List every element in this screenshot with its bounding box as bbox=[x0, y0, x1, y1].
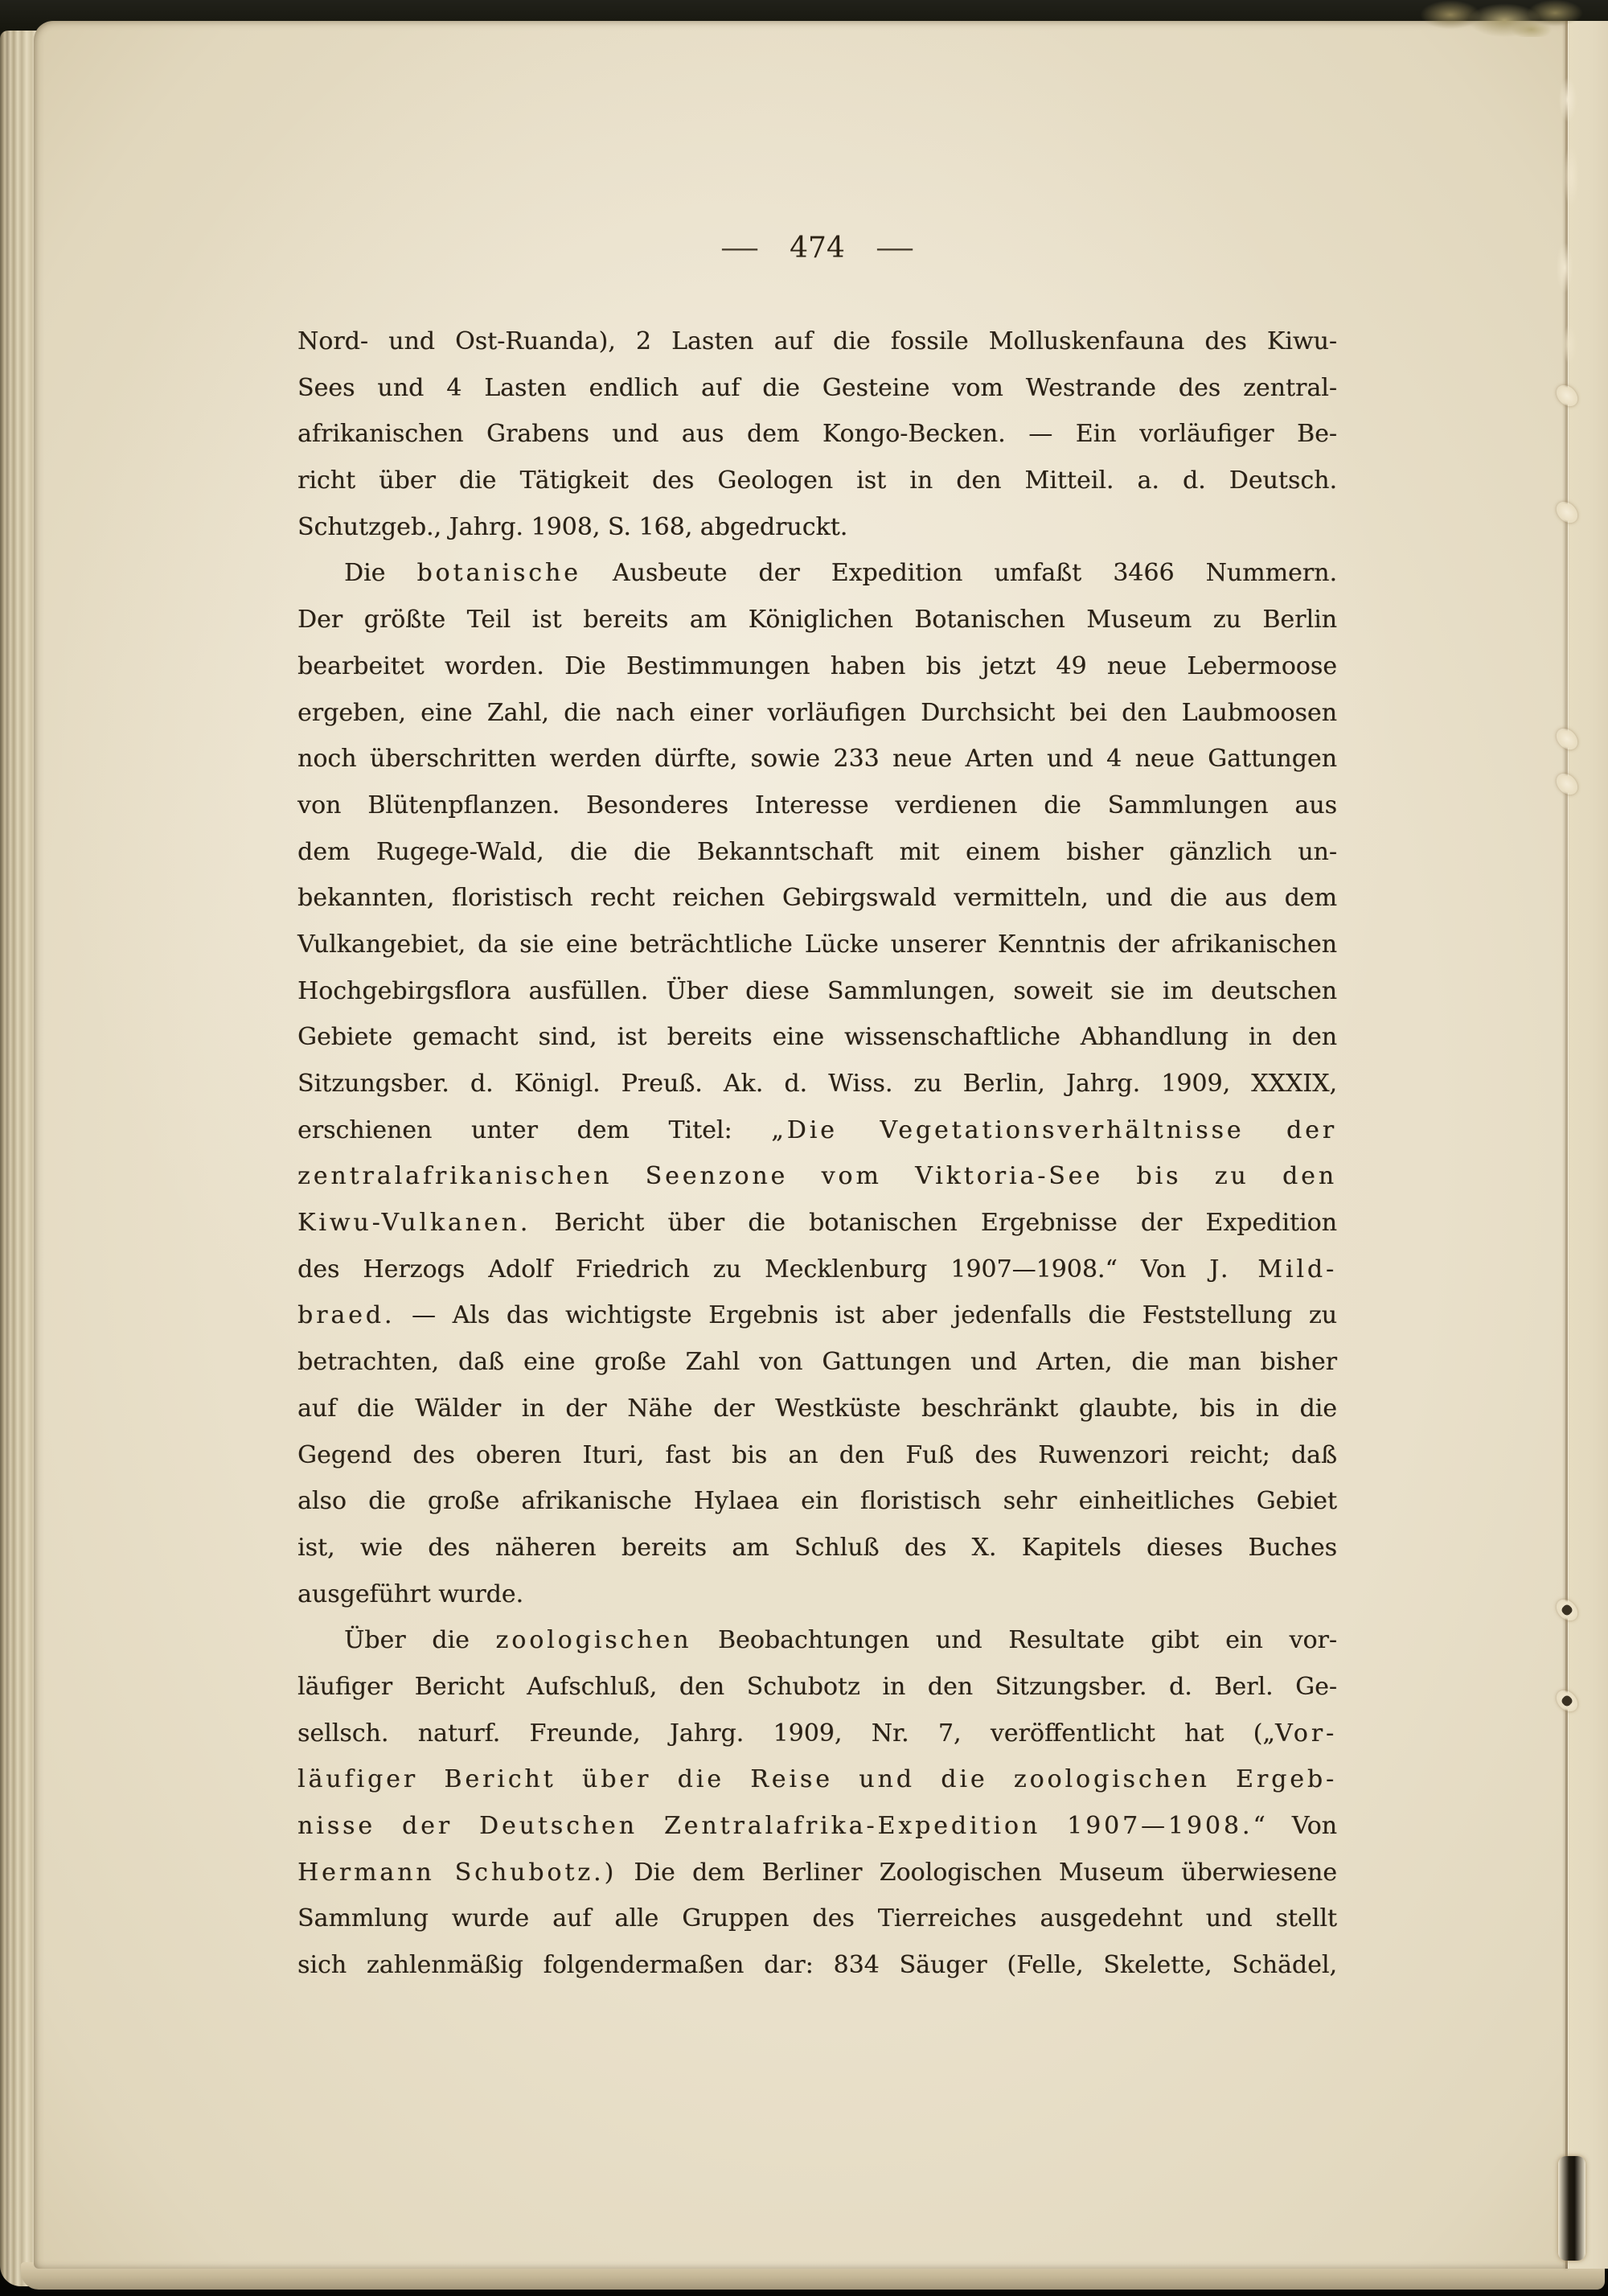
header-rule-left: — bbox=[720, 232, 760, 265]
text-line: afrikanischen Grabens und aus dem Kongo-… bbox=[297, 411, 1337, 458]
text-segment: Schutzgeb., Jahrg. 1908, S. 168, abgedru… bbox=[297, 513, 847, 541]
text-line: läufiger Bericht Aufschluß, den Schubotz… bbox=[297, 1664, 1337, 1711]
header-rule-right: — bbox=[876, 232, 915, 265]
text-line: sich zahlenmäßig folgendermaßen dar: 834… bbox=[297, 1942, 1337, 1989]
text-segment: betrachten, daß eine große Zahl von Gatt… bbox=[297, 1348, 1337, 1376]
text-segment: afrikanischen Grabens und aus dem Kongo-… bbox=[297, 420, 1337, 448]
text-segment: Über die bbox=[344, 1626, 496, 1654]
text-segment: auf die Wälder in der Nähe der Westküste… bbox=[297, 1394, 1337, 1423]
page-header: — 474 — bbox=[297, 227, 1337, 269]
text-line: ergeben, eine Zahl, die nach einer vorlä… bbox=[297, 690, 1337, 737]
text-line: Hochgebirgsflora ausfüllen. Über diese S… bbox=[297, 968, 1337, 1015]
text-segment: Nord- und Ost-Ruanda), 2 Lasten auf die … bbox=[297, 327, 1337, 355]
body-text-block: Nord- und Ost-Ruanda), 2 Lasten auf die … bbox=[297, 318, 1337, 1989]
text-line: nisse der Deutschen Zentralafrika-Expedi… bbox=[297, 1803, 1337, 1850]
text-segment: sich zahlenmäßig folgendermaßen dar: 834… bbox=[297, 1951, 1337, 1979]
text-segment: erschienen unter dem Titel: bbox=[297, 1116, 771, 1144]
text-segment: Hochgebirgsflora ausfüllen. Über diese S… bbox=[297, 977, 1337, 1005]
text-segment: läufiger Bericht Aufschluß, den Schubotz… bbox=[297, 1673, 1337, 1701]
text-line: noch überschritten werden dürfte, sowie … bbox=[297, 736, 1337, 782]
text-line: Gebiete gemacht sind, ist bereits eine w… bbox=[297, 1014, 1337, 1061]
text-segment: Beobachtungen und Resultate gibt ein vor… bbox=[691, 1626, 1337, 1654]
book-page-edges-left bbox=[0, 31, 37, 2286]
text-segment: Der größte Teil ist bereits am Königlich… bbox=[297, 606, 1337, 634]
text-segment: bekannten, floristisch recht reichen Geb… bbox=[297, 884, 1337, 912]
text-line: also die große afrikanische Hylaea ein f… bbox=[297, 1478, 1337, 1525]
text-segment: dem Rugege-Wald, die die Bekanntschaft m… bbox=[297, 838, 1337, 866]
text-line: Schutzgeb., Jahrg. 1908, S. 168, abgedru… bbox=[297, 504, 1337, 551]
text-segment: Gegend des oberen Ituri, fast bis an den… bbox=[297, 1441, 1337, 1469]
text-segment: des Herzogs Adolf Friedrich zu Mecklenbu… bbox=[297, 1255, 1209, 1284]
letterspaced-text: Vor- bbox=[1275, 1719, 1337, 1748]
text-segment: Bericht über die botanischen Ergebnisse … bbox=[531, 1209, 1337, 1237]
text-line: Die botanische Ausbeute der Expedition u… bbox=[297, 550, 1337, 597]
text-line: zentralafrikanischen Seenzone vom Viktor… bbox=[297, 1153, 1337, 1200]
text-line: dem Rugege-Wald, die die Bekanntschaft m… bbox=[297, 829, 1337, 876]
text-segment: sellsch. naturf. Freunde, Jahrg. 1909, N… bbox=[297, 1719, 1275, 1748]
letterspaced-text: braed. bbox=[297, 1301, 395, 1329]
page-number: 474 bbox=[790, 232, 845, 265]
text-segment: Sitzungsber. d. Königl. Preuß. Ak. d. Wi… bbox=[297, 1070, 1337, 1098]
letterspaced-text: zentralafrikanischen Seenzone vom Viktor… bbox=[297, 1162, 1337, 1190]
text-segment: bearbeitet worden. Die Bestimmungen habe… bbox=[297, 652, 1337, 680]
book-page: — 474 — Nord- und Ost-Ruanda), 2 Lasten … bbox=[34, 21, 1608, 2269]
text-segment: ist, wie des näheren bereits am Schluß d… bbox=[297, 1534, 1337, 1562]
frayed-crease-area bbox=[1552, 69, 1584, 375]
letterspaced-text: Kiwu-Vulkanen. bbox=[297, 1209, 531, 1237]
letterspaced-text: läufiger Bericht über die Reise und die … bbox=[297, 1765, 1337, 1793]
text-segment: Gebiete gemacht sind, ist bereits eine w… bbox=[297, 1023, 1337, 1051]
text-line: auf die Wälder in der Nähe der Westküste… bbox=[297, 1386, 1337, 1432]
text-line: bearbeitet worden. Die Bestimmungen habe… bbox=[297, 643, 1337, 690]
letterspaced-text: Hermann Schubotz.) bbox=[297, 1859, 617, 1887]
letterspaced-text: „Die Vegetationsverhältnisse der bbox=[771, 1116, 1337, 1144]
text-line: richt über die Tätigkeit des Geologen is… bbox=[297, 458, 1337, 504]
text-line: Kiwu-Vulkanen. Bericht über die botanisc… bbox=[297, 1200, 1337, 1247]
text-line: braed. — Als das wichtigste Ergebnis ist… bbox=[297, 1292, 1337, 1339]
text-segment: Von bbox=[1269, 1812, 1337, 1840]
text-segment: also die große afrikanische Hylaea ein f… bbox=[297, 1487, 1337, 1515]
text-segment: ausgeführt wurde. bbox=[297, 1580, 523, 1608]
text-line: Sitzungsber. d. Königl. Preuß. Ak. d. Wi… bbox=[297, 1061, 1337, 1107]
frayed-paper-scraps-top bbox=[1417, 0, 1585, 37]
text-line: Vulkangebiet, da sie eine beträchtliche … bbox=[297, 922, 1337, 968]
letterspaced-text: zoologischen bbox=[496, 1626, 692, 1654]
text-segment: Ausbeute der Expedition umfaßt 3466 Numm… bbox=[581, 559, 1337, 587]
text-segment: Sees und 4 Lasten endlich auf die Gestei… bbox=[297, 374, 1337, 402]
letterspaced-text: J. Mild- bbox=[1209, 1255, 1337, 1284]
text-line: Nord- und Ost-Ruanda), 2 Lasten auf die … bbox=[297, 318, 1337, 365]
text-segment: Vulkangebiet, da sie eine beträchtliche … bbox=[297, 930, 1337, 959]
letterspaced-text: botanische bbox=[416, 559, 580, 587]
tear-mark bbox=[1558, 2156, 1585, 2261]
text-line: Gegend des oberen Ituri, fast bis an den… bbox=[297, 1432, 1337, 1479]
text-segment: Die dem Berliner Zoologischen Museum übe… bbox=[617, 1859, 1337, 1887]
text-line: Über die zoologischen Beobachtungen und … bbox=[297, 1617, 1337, 1664]
text-line: erschienen unter dem Titel: „Die Vegetat… bbox=[297, 1107, 1337, 1154]
text-line: ist, wie des näheren bereits am Schluß d… bbox=[297, 1525, 1337, 1571]
text-segment: noch überschritten werden dürfte, sowie … bbox=[297, 745, 1337, 773]
text-line: läufiger Bericht über die Reise und die … bbox=[297, 1756, 1337, 1803]
text-segment: — Als das wichtigste Ergebnis ist aber j… bbox=[395, 1301, 1337, 1329]
text-line: Sees und 4 Lasten endlich auf die Gestei… bbox=[297, 365, 1337, 412]
text-line: von Blütenpflanzen. Besonderes Interesse… bbox=[297, 782, 1337, 829]
text-line: Hermann Schubotz.) Die dem Berliner Zool… bbox=[297, 1850, 1337, 1896]
text-line: Der größte Teil ist bereits am Königlich… bbox=[297, 597, 1337, 643]
text-segment: Sammlung wurde auf alle Gruppen des Tier… bbox=[297, 1904, 1337, 1933]
text-segment: richt über die Tätigkeit des Geologen is… bbox=[297, 466, 1337, 495]
letterspaced-text: nisse der Deutschen Zentralafrika-Expedi… bbox=[297, 1812, 1269, 1840]
text-line: Sammlung wurde auf alle Gruppen des Tier… bbox=[297, 1896, 1337, 1942]
text-line: bekannten, floristisch recht reichen Geb… bbox=[297, 875, 1337, 922]
text-line: betrachten, daß eine große Zahl von Gatt… bbox=[297, 1339, 1337, 1386]
text-segment: von Blütenpflanzen. Besonderes Interesse… bbox=[297, 791, 1337, 819]
text-line: ausgeführt wurde. bbox=[297, 1571, 1337, 1618]
text-line: sellsch. naturf. Freunde, Jahrg. 1909, N… bbox=[297, 1711, 1337, 1757]
text-segment: ergeben, eine Zahl, die nach einer vorlä… bbox=[297, 699, 1337, 727]
text-segment: Die bbox=[344, 559, 416, 587]
scanned-book-page-photo: — 474 — Nord- und Ost-Ruanda), 2 Lasten … bbox=[0, 0, 1608, 2296]
text-line: des Herzogs Adolf Friedrich zu Mecklenbu… bbox=[297, 1247, 1337, 1293]
